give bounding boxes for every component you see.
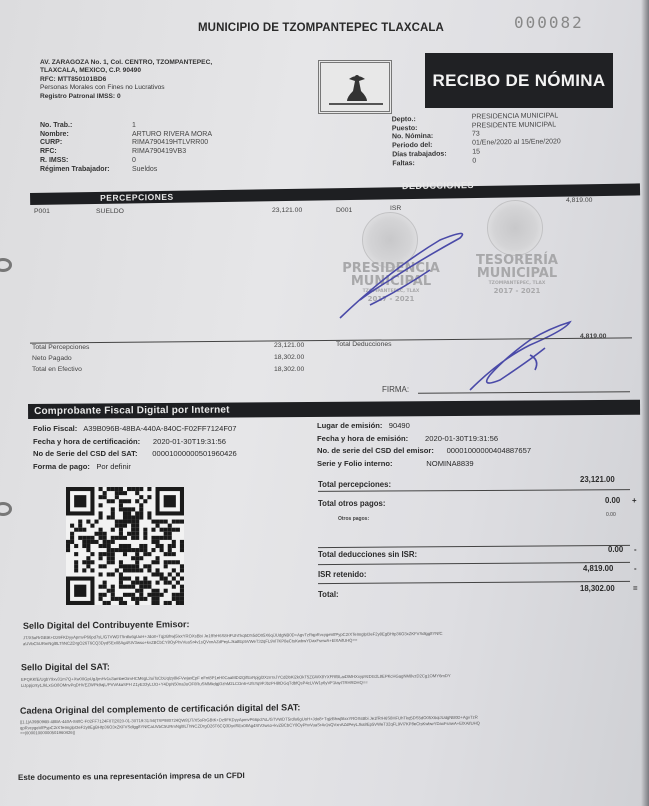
cfdi-heading: Comprobante Fiscal Digital por Internet [34, 405, 230, 417]
issue-datetime: 2020-01-30T19:31:56 [425, 434, 498, 443]
isr-label: ISR retenido: [318, 570, 367, 579]
issuer-info: AV. ZARAGOZA No. 1, Col. CENTRO, TZOMPAN… [40, 59, 212, 101]
grand-total-label: Total: [318, 590, 339, 599]
folio-number: 000082 [514, 13, 584, 32]
internal-folio: NOMINA8839 [426, 459, 473, 468]
job-title: PRESIDENTE MUNICIPAL [472, 121, 561, 131]
earning-concept: SUELDO [96, 208, 124, 215]
footer-note: Este documento es una representación imp… [18, 771, 245, 782]
employee-curp: RIMA790419HTLVRR00 [132, 139, 212, 148]
field-label: CURP: [40, 139, 110, 148]
summary-other-sign: + [632, 496, 637, 505]
employee-values: 1 ARTURO RIVERA MORA RIMA790419HTLVRR00 … [132, 122, 212, 174]
fiscal-folio: A39B096B-48BA-440A-840C-F02FF7124F07 [83, 424, 236, 433]
summary-other-value: 0.00 [605, 496, 620, 505]
cadena-text: ||1.1|A39B096B-48BA-440A-840C-F02FF7124F… [20, 715, 480, 737]
summary-other-label: Total otros pagos: [318, 499, 385, 508]
issuer-address-line2: TLAXCALA, MEXICO, C.P. 90490 [40, 67, 212, 75]
municipality-title: MUNICIPIO DE TZOMPANTEPEC TLAXCALA [198, 22, 444, 34]
qr-code [66, 487, 184, 605]
deduction-amount: 4,819.00 [566, 197, 592, 204]
field-label: Fecha y hora de emisión: [317, 434, 408, 443]
field-label: No de Serie del CSD del SAT: [33, 449, 138, 458]
field-label: Lugar de emisión: [317, 421, 382, 430]
receipt-type-banner: RECIBO DE NÓMINA [425, 53, 613, 108]
cash-total-label: Total en Efectivo [32, 366, 82, 373]
issuer-csd-serial: 00001000000404887657 [447, 446, 531, 455]
binder-ring-icon [0, 258, 12, 272]
summary-deductions-value: 0.00 [608, 545, 623, 554]
cfdi-right-fields: Lugar de emisión: 90490 Fecha y hora de … [317, 420, 531, 470]
coat-of-arms-icon [345, 73, 369, 103]
isr-value: 4,819.00 [583, 564, 613, 573]
absences: 0 [472, 156, 561, 166]
field-label: Nombre: [40, 131, 110, 140]
cash-total-value: 18,302.00 [274, 366, 304, 373]
issuer-imss: Registro Patronal IMSS: 0 [40, 93, 212, 101]
employee-regime: Sueldos [132, 166, 212, 175]
pay-period: 01/Ene/2020 al 15/Ene/2020 [472, 138, 561, 148]
sat-csd-serial: 00001000000501960426 [152, 449, 236, 458]
field-label: Faltas: [392, 159, 447, 168]
emisor-seal-heading: Sello Digital del Contribuyente Emisor: [23, 619, 190, 631]
signature-label: FIRMA: [382, 385, 409, 394]
summary-divider [318, 489, 630, 492]
municipal-logo [318, 60, 392, 114]
net-paid-label: Neto Pagado [32, 355, 72, 362]
summary-earnings-value: 23,121.00 [580, 475, 615, 484]
binder-ring-icon [0, 502, 12, 516]
payroll-receipt-document: MUNICIPIO DE TZOMPANTEPEC TLAXCALA 00008… [0, 0, 649, 806]
field-label: No. Trab.: [40, 122, 110, 131]
earnings-heading: PERCEPCIONES [100, 192, 174, 203]
sat-seal-heading: Sello Digital del SAT: [21, 662, 110, 673]
summary-deductions-sign: - [634, 545, 637, 554]
net-paid-value: 18,302.00 [274, 354, 304, 361]
field-label: Serie y Folio interno: [317, 459, 393, 468]
employee-rfc: RIMA790419VB3 [132, 148, 212, 157]
grand-total-value: 18,302.00 [580, 584, 615, 593]
total-earnings-label: Total Percepciones [32, 344, 89, 351]
issuer-rfc: RFC: MTT850101BD6 [40, 76, 212, 84]
employee-labels: No. Trab.: Nombre: CURP: RFC: R. IMSS: R… [40, 122, 110, 174]
cfdi-header: Comprobante Fiscal Digital por Internet [28, 400, 640, 419]
field-label: No. de serie del CSD del emisor: [317, 446, 434, 455]
issuer-regime: Personas Morales con Fines no Lucrativos [40, 84, 212, 92]
isr-sign: - [634, 564, 637, 573]
field-label: R. IMSS: [40, 157, 110, 166]
earning-code: P001 [34, 208, 50, 215]
logo-band [329, 103, 383, 105]
employee-number: 1 [132, 122, 212, 131]
employee-name: ARTURO RIVERA MORA [132, 131, 212, 140]
summary-divider [318, 545, 630, 548]
total-deductions-label: Total Deducciones [336, 341, 392, 348]
field-label: RFC: [40, 148, 110, 157]
field-label: Régimen Trabajador: [40, 166, 110, 175]
cadena-heading: Cadena Original del complemento de certi… [20, 702, 300, 715]
field-label: Días trabajados: [392, 150, 447, 159]
earnings-deductions-header: PERCEPCIONES DEDUCCIONES [30, 183, 640, 205]
handwritten-signature [330, 210, 590, 400]
emisor-seal-text: JT/X5oRrGBtK+Dz9FKDyyApmvP66pd7sL/GTVWDT… [23, 631, 443, 647]
cfdi-left-fields: Folio Fiscal: A39B096B-48BA-440A-840C-F0… [33, 423, 237, 473]
sat-seal-text: EPQKKfE/UgbY9xv31m7Q+Xw00GpUgJjmHv1u3amb… [21, 673, 451, 688]
total-deductions-value: 4,819.00 [580, 333, 606, 340]
field-label: Forma de pago: [33, 462, 90, 471]
position-values: PRESIDENCIA MUNICIPAL PRESIDENTE MUNICIP… [472, 112, 561, 165]
summary-earnings-label: Total percepciones: [318, 480, 391, 489]
other-payments-value: 0.00 [606, 512, 616, 518]
deductions-heading: DEDUCCIONES [402, 180, 474, 191]
field-label: Folio Fiscal: [33, 424, 77, 433]
earning-amount: 23,121.00 [272, 207, 302, 214]
issuer-address-line1: AV. ZARAGOZA No. 1, Col. CENTRO, TZOMPAN… [40, 59, 212, 67]
total-earnings-value: 23,121.00 [274, 342, 304, 349]
employee-imss: 0 [132, 157, 212, 166]
field-label: Fecha y hora de certificación: [33, 437, 140, 446]
summary-deductions-label: Total deducciones sin ISR: [318, 550, 417, 559]
other-payments-label: Otros pagos: [338, 516, 369, 522]
certification-datetime: 2020-01-30T19:31:56 [153, 437, 226, 446]
grand-total-sign: = [633, 584, 638, 593]
position-labels: Depto.: Puesto: No. Nómina: Periodo del:… [392, 116, 447, 169]
payment-method: Por definir [96, 462, 131, 471]
page-edge-shadow [641, 0, 649, 806]
issue-place: 90490 [389, 421, 410, 430]
